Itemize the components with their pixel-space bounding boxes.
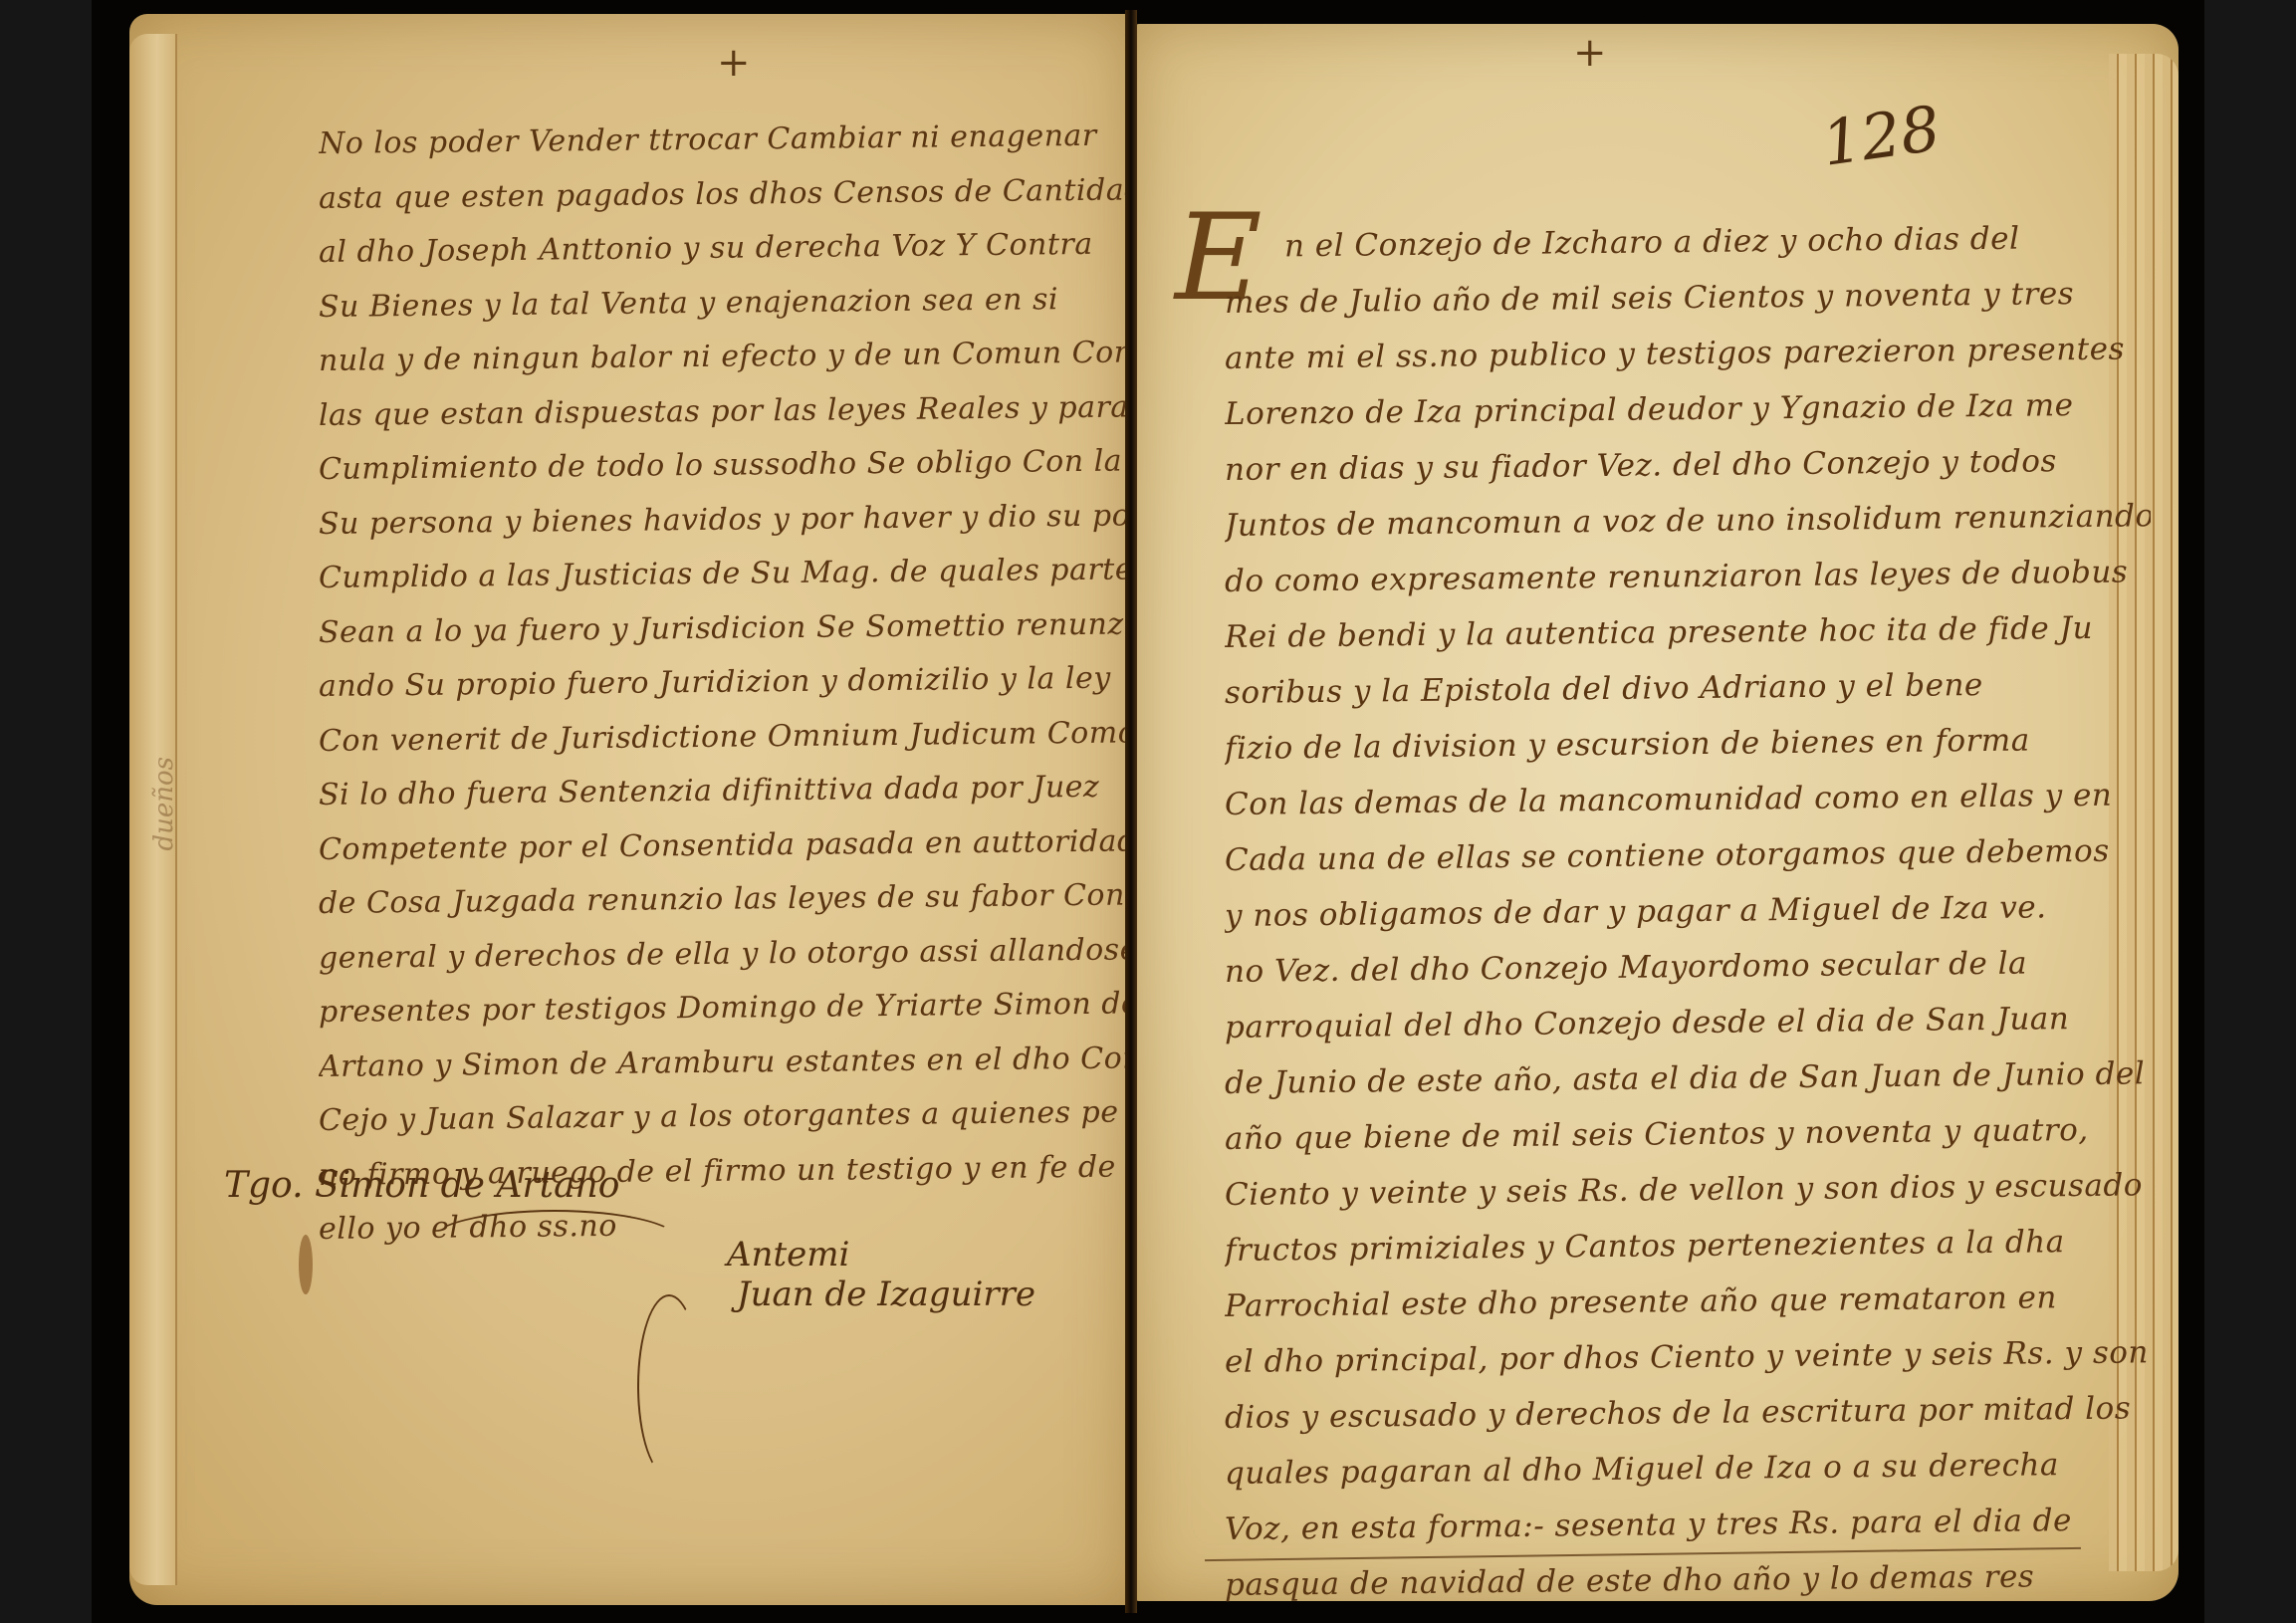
margin-bleed-text: dueños bbox=[149, 757, 179, 851]
notary-signature: Antemi Juan de Izaguirre bbox=[727, 1235, 1035, 1314]
text-line: do como expresamente renunziaron las ley… bbox=[1225, 544, 2152, 609]
text-line: No los poder Vender ttrocar Cambiar ni e… bbox=[319, 110, 1126, 172]
text-line: Juntos de mancomun a voz de uno insolidu… bbox=[1225, 488, 2152, 554]
text-line: Con venerit de Jurisdictione Omnium Judi… bbox=[319, 706, 1126, 769]
right-page-text: n el Conzejo de Izcharo a diez y ocho di… bbox=[1225, 219, 2151, 1613]
text-line: no Vez. del dho Conzejo Mayordomo secula… bbox=[1225, 934, 2152, 1000]
cross-mark-left: + bbox=[717, 40, 751, 86]
text-line: Si lo dho fuera Sentenzia difinittiva da… bbox=[319, 761, 1126, 823]
text-line: Cada una de ellas se contiene otorgamos … bbox=[1225, 822, 2152, 888]
text-line: Lorenzo de Iza principal deudor y Ygnazi… bbox=[1225, 376, 2152, 442]
book-gutter bbox=[1125, 10, 1137, 1613]
text-line: fizio de la division y escursion de bien… bbox=[1225, 711, 2152, 777]
text-line: n el Conzejo de Izcharo a diez y ocho di… bbox=[1225, 209, 2152, 275]
text-line: ante mi el ss.no publico y testigos pare… bbox=[1225, 321, 2152, 386]
ink-blot bbox=[299, 1235, 313, 1294]
cross-mark-right: + bbox=[1573, 30, 1607, 76]
left-page-text: No los poder Vender ttrocar Cambiar ni e… bbox=[319, 117, 1125, 1258]
text-line: Cumplido a las Justicias de Su Mag. de q… bbox=[319, 544, 1126, 606]
text-line: las que estan dispuestas por las leyes R… bbox=[319, 380, 1126, 443]
text-line: soribus y la Epistola del divo Adriano y… bbox=[1225, 655, 2152, 721]
text-line: ando Su propio fuero Juridizion y domizi… bbox=[319, 652, 1126, 715]
text-line: Rei de bendi y la autentica presente hoc… bbox=[1225, 599, 2152, 665]
text-line: el dho principal, por dhos Ciento y vein… bbox=[1225, 1324, 2152, 1390]
text-line: de Cosa Juzgada renunzio las leyes de su… bbox=[319, 869, 1126, 932]
text-line: Con las demas de la mancomunidad como en… bbox=[1225, 767, 2152, 832]
text-line: de Junio de este año, asta el dia de San… bbox=[1225, 1045, 2152, 1111]
notary-flourish bbox=[637, 1294, 701, 1478]
notary-signature-name: Juan de Izaguirre bbox=[737, 1275, 1035, 1314]
text-line: Artano y Simon de Aramburu estantes en e… bbox=[319, 1032, 1126, 1094]
text-line: y nos obligamos de dar y pagar a Miguel … bbox=[1225, 878, 2152, 944]
text-line: Su persona y bienes havidos y por haver … bbox=[319, 489, 1126, 552]
text-line: año que biene de mil seis Cientos y nove… bbox=[1225, 1101, 2152, 1167]
text-line: asta que esten pagados los dhos Censos d… bbox=[319, 163, 1126, 226]
text-line: al dho Joseph Anttonio y su derecha Voz … bbox=[319, 218, 1126, 281]
text-line: presentes por testigos Domingo de Yriart… bbox=[319, 978, 1126, 1041]
text-line: fructos primiziales y Cantos pertenezien… bbox=[1225, 1213, 2152, 1278]
text-line: Competente por el Consentida pasada en a… bbox=[319, 814, 1126, 877]
text-line: Su Bienes y la tal Venta y enajenazion s… bbox=[319, 272, 1126, 335]
text-line: Ciento y veinte y seis Rs. de vellon y s… bbox=[1225, 1157, 2152, 1223]
text-line: Cejo y Juan Salazar y a los otorgantes a… bbox=[319, 1086, 1126, 1149]
notary-signature-ante: Antemi bbox=[727, 1235, 849, 1275]
text-line: Cumplimiento de todo lo sussodho Se obli… bbox=[319, 435, 1126, 498]
text-line: Parrochial este dho presente año que rem… bbox=[1225, 1269, 2152, 1334]
text-line: nor en dias y su fiador Vez. del dho Con… bbox=[1225, 432, 2152, 498]
text-line: general y derechos de ella y lo otorgo a… bbox=[319, 923, 1126, 986]
witness-signature: Tgo. Simon de Artano bbox=[224, 1165, 619, 1206]
text-line: parroquial del dho Conzejo desde el dia … bbox=[1225, 990, 2152, 1055]
text-line: dios y escusado y derechos de la escritu… bbox=[1225, 1380, 2152, 1446]
text-line: quales pagaran al dho Miguel de Iza o a … bbox=[1225, 1436, 2152, 1502]
text-line: mes de Julio año de mil seis Cientos y n… bbox=[1225, 265, 2152, 331]
text-line: Sean a lo ya fuero y Jurisdicion Se Some… bbox=[319, 597, 1126, 660]
text-line: nula y de ningun balor ni efecto y de un… bbox=[319, 327, 1126, 389]
signature-flourish bbox=[428, 1210, 681, 1274]
